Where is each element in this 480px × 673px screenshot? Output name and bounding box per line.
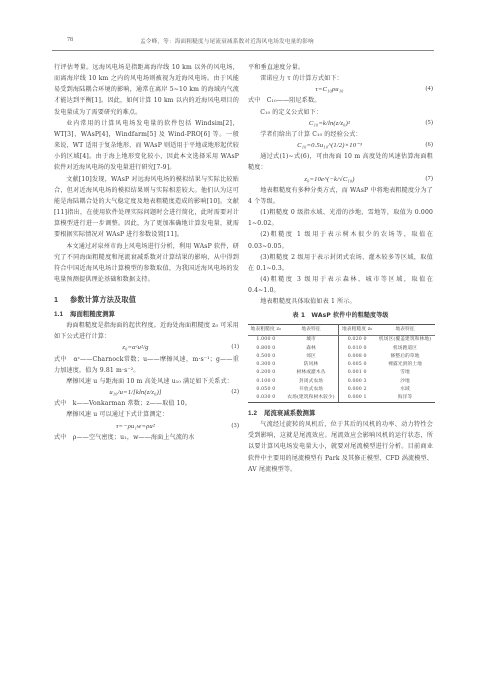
equation-7: z₀=10e^(−k/√C₁₀) (7) [248, 174, 433, 185]
table-cell: 封闭式农场 [284, 377, 339, 385]
paragraph-aim: 本文通过对泉州市海上风电场进行分析，利用 WAsP 软件，研究了不同海面粗糙度和… [54, 241, 239, 286]
equation-5: C₁₀=k/ln(z/z₀)² (5) [248, 118, 433, 129]
equation-number: (6) [411, 140, 433, 151]
paragraph-empirical: 学者们给出了计算 C₁₀ 的经验公式： [248, 129, 433, 140]
paragraph-classification: 地表粗糙度有多种分类方式，而 WAsP 中将地表粗糙度分为了 4 个等级。 [248, 185, 433, 207]
table-cell: 0.100 0 [248, 377, 284, 385]
table-cell: 0.000 2 [339, 386, 375, 394]
equation-number: (2) [217, 387, 239, 398]
roughness-table: 地表粗糙度 z₀ 地表特征 地表粗糙度 z₀ 地表特征 1.000 0 城市 0… [248, 324, 435, 403]
equation-number: (4) [411, 84, 433, 95]
table-cell: 防风林 [284, 361, 339, 369]
table-cell: 0.200 0 [248, 369, 284, 377]
table-cell: 机场区(覆盖建筑和林地) [375, 335, 435, 344]
table-cell: 1.000 0 [248, 335, 284, 344]
table-cell: 0.008 0 [339, 352, 375, 360]
paragraph-intro-cont: 行评估考量。远海风电场是指距离海岸线 10 km 以外的风电场，而离海岸线 10… [54, 62, 239, 118]
table-header-row: 地表粗糙度 z₀ 地表特征 地表粗糙度 z₀ 地表特征 [248, 325, 435, 335]
equation-formula: u₁₀/u=1/[kln(z/z₀)] [54, 387, 217, 398]
equation-3: τ=−ρu₁w=ρu² (3) [54, 421, 239, 432]
equation-formula: z₀=10e^(−k/√C₁₀) [248, 174, 411, 185]
paragraph-table-ref: 地表粗糙度具体取值如表 1 所示。 [248, 296, 433, 307]
table-cell: 0.010 0 [339, 344, 375, 352]
equation-2: u₁₀/u=1/[kln(z/z₀)] (2) [54, 387, 239, 398]
paragraph-estimate: 通过式(1)~式(6)，可由海面 10 m 高度处的风速估算海面粗糙度： [248, 151, 433, 173]
table-cell: 雪地 [375, 369, 435, 377]
equation-number: (3) [217, 421, 239, 432]
table-header: 地表粗糙度 z₀ [339, 325, 375, 335]
section-number: 1.2 [248, 408, 264, 419]
equation-2-where: 式中 k——Vonkarman 常数；z——取值 10。 [54, 398, 239, 409]
paragraph-software: 业内常用的计算风电场发电量的软件包括 Windsim[2]，WT[3]，WAsP… [54, 118, 239, 174]
equation-4: τ=C₁₀ρu₁₀ (4) [248, 84, 433, 95]
paragraph-c10-def: C₁₀ 的定义公式如下： [248, 107, 433, 118]
paragraph-reynolds: 雷诺应力 τ 的计算方式如下： [248, 73, 433, 84]
table-cell: 树林或灌木丛 [284, 369, 339, 377]
paragraph-literature: 文献[10]发现，WAsP 对远海风电场的模拟结果与实际比较贴合，但对近海风电场… [54, 174, 239, 241]
equation-formula: C₁₀=0.5u₁₀^(1/2)×10⁻³ [248, 140, 411, 151]
page-header: 78 孟令峰，等：海面粗糙度与尾流衰减系数对近海风电场发电量的影响 [52, 37, 434, 51]
paragraph-roughness-def: 海面粗糙度是指海面的起伏程度。近海处海面粗糙度 z₀ 可采用如下公式进行计算： [54, 320, 239, 342]
table-cell: 0.800 0 [248, 344, 284, 352]
table-cell: 开放式农场 [284, 386, 339, 394]
equation-1: z₀=αᶜu²/g (1) [54, 342, 239, 353]
equation-3-where: 式中 ρ——空气密度；u₁，w——海面上气流的水 [54, 432, 239, 443]
paragraph-friction-calc: 摩擦风速 u 可以通过下式计算测定： [54, 409, 239, 420]
table-cell: 水域 [375, 386, 435, 394]
equation-number: (5) [411, 118, 433, 129]
right-column: 平和垂直速度分量。 雷诺应力 τ 的计算方式如下： τ=C₁₀ρu₁₀ (4) … [248, 62, 433, 475]
equation-4-where: 式中 C₁₀——阻尼系数。 [248, 95, 433, 106]
table-row: 0.500 0 郊区 0.008 0 修整后的草地 [248, 352, 435, 360]
section-heading-1-1: 1.1海面粗糙度测算 [54, 309, 239, 320]
roughness-level-1: (2)粗糙度 1 级用于表示树木很少的农场等，取值在 0.03~0.05。 [248, 229, 433, 251]
table-cell: 0.500 0 [248, 352, 284, 360]
table-caption: 表 1 WAsP 软件中的粗糙度等级 [248, 311, 433, 321]
table-row: 0.200 0 树林或灌木丛 0.001 0 雪地 [248, 369, 435, 377]
table-cell: 机场跑道区 [375, 344, 435, 352]
paragraph-continuation: 平和垂直速度分量。 [248, 62, 433, 73]
equation-formula: z₀=αᶜu²/g [54, 342, 217, 353]
table-cell: 0.005 0 [339, 361, 375, 369]
running-title: 孟令峰，等：海面粗糙度与尾流衰减系数对近海风电场发电量的影响 [140, 37, 314, 45]
equation-6: C₁₀=0.5u₁₀^(1/2)×10⁻³ (6) [248, 140, 433, 151]
roughness-level-3: (4)粗糙度 3 级用于表示森林、城市等区域，取值在 0.4~1.0。 [248, 274, 433, 296]
equation-formula: τ=−ρu₁w=ρu² [54, 421, 217, 432]
table-row: 0.030 0 农场(建筑和树木较少) 0.000 1 海洋等 [248, 394, 435, 403]
table-cell: 0.300 0 [248, 361, 284, 369]
section-heading-1: 1参数计算方法及取值 [54, 294, 239, 306]
section-title: 参数计算方法及取值 [70, 295, 136, 304]
roughness-level-2: (3)粗糙度 2 级用于表示封闭式农场、灌木较多等区域，取值在 0.1~0.3。 [248, 252, 433, 274]
equation-1-where: 式中 αᶜ——Charnock常数；u——摩擦风速，m·s⁻¹；g——重力加速度… [54, 354, 239, 376]
table-cell: 海洋等 [375, 394, 435, 403]
table-cell: 沙地 [375, 377, 435, 385]
section-number: 1 [54, 294, 70, 306]
table-header: 地表特征 [375, 325, 435, 335]
equation-formula: C₁₀=k/ln(z/z₀)² [248, 118, 411, 129]
paragraph-friction-speed: 摩擦风速 u 与距海面 10 m 高处风速 u₁₀ 满足如下关系式： [54, 376, 239, 387]
roughness-level-0: (1)粗糙度 0 级指水域、光滑的沙地、雪地等，取值为 0.000 1~0.02… [248, 207, 433, 229]
table-cell: 郊区 [284, 352, 339, 360]
table-row: 0.050 0 开放式农场 0.000 2 水域 [248, 386, 435, 394]
paragraph-wake-effect: 气流经过旋转的风机后，位于其后的风机的功率、动力特性会受到影响，这就是尾流效应。… [248, 419, 433, 475]
equation-number: (1) [217, 342, 239, 353]
table-row: 0.100 0 封闭式农场 0.000 3 沙地 [248, 377, 435, 385]
table-cell: 森林 [284, 344, 339, 352]
section-number: 1.1 [54, 309, 70, 320]
section-heading-1-2: 1.2尾流衰减系数测算 [248, 408, 433, 419]
table-cell: 0.000 1 [339, 394, 375, 403]
section-title: 海面粗糙度测算 [70, 311, 115, 318]
table-cell: 0.020 0 [339, 335, 375, 344]
equation-number: (7) [411, 174, 433, 185]
section-title: 尾流衰减系数测算 [264, 410, 316, 417]
table-cell: 0.050 0 [248, 386, 284, 394]
table-row: 0.300 0 防风林 0.005 0 裸露光滑的土地 [248, 361, 435, 369]
equation-formula: τ=C₁₀ρu₁₀ [248, 84, 411, 95]
table-row: 1.000 0 城市 0.020 0 机场区(覆盖建筑和林地) [248, 335, 435, 344]
table-cell: 0.000 3 [339, 377, 375, 385]
table-cell: 修整后的草地 [375, 352, 435, 360]
table-cell: 裸露光滑的土地 [375, 361, 435, 369]
journal-page: 78 孟令峰，等：海面粗糙度与尾流衰减系数对近海风电场发电量的影响 行评估考量。… [0, 0, 480, 673]
table-row: 0.800 0 森林 0.010 0 机场跑道区 [248, 344, 435, 352]
table-header: 地表特征 [284, 325, 339, 335]
page-number: 78 [67, 37, 73, 43]
table-cell: 城市 [284, 335, 339, 344]
table-cell: 0.001 0 [339, 369, 375, 377]
table-cell: 0.030 0 [248, 394, 284, 403]
table-cell: 农场(建筑和树木较少) [284, 394, 339, 403]
table-header: 地表粗糙度 z₀ [248, 325, 284, 335]
left-column: 行评估考量。远海风电场是指距离海岸线 10 km 以外的风电场，而离海岸线 10… [54, 62, 239, 443]
